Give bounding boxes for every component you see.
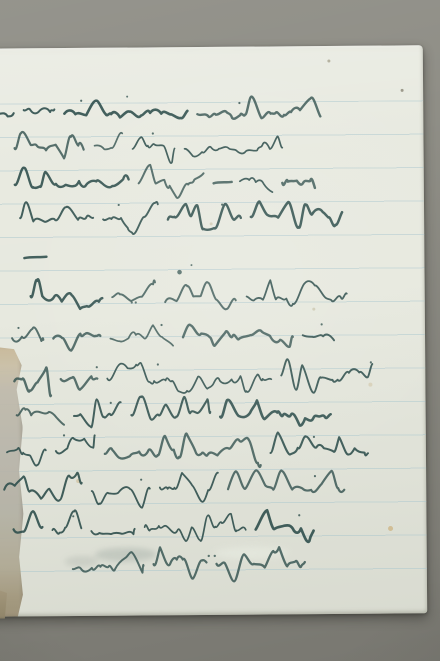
manuscript-photo: Photograph of a handwritten manuscript p…	[0, 0, 440, 661]
tape-residue	[0, 346, 24, 616]
manuscript-page	[0, 45, 427, 617]
ink-smudge	[95, 547, 157, 561]
erasure-smudge	[215, 546, 289, 560]
ruled-lines	[0, 100, 427, 574]
handwriting-ink	[0, 45, 427, 617]
ink-smudge	[65, 556, 99, 567]
tape-residue-edge	[0, 589, 7, 619]
